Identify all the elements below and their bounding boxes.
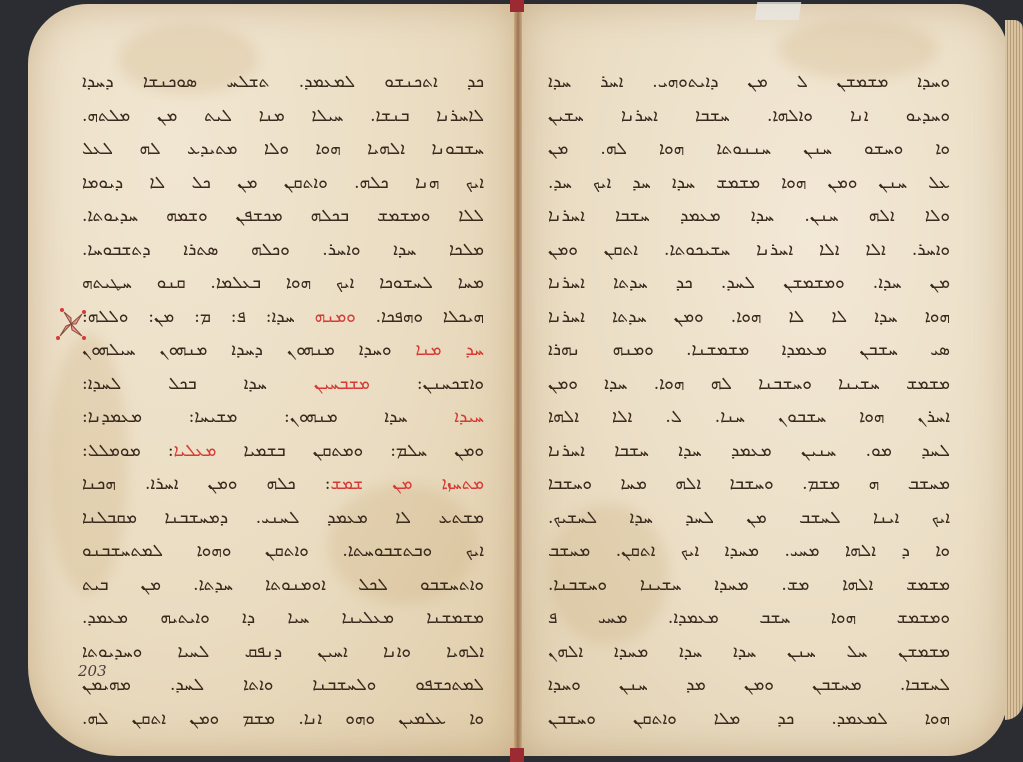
text-line: ܐܚܪܢ ܗܘܐ ܚܫܒܘܢ ܚܢܐ. ܠ. ܐܠܐ ܐܠܗܐ bbox=[548, 401, 950, 435]
text-line: ܠܡܬܟܫܦܘ ܘܠܚܫܒܢܐ ܘܐܬܐ ܠܚܕ. ܡܗܝܡܢ bbox=[82, 669, 484, 703]
text-line: ܘܡܫܡܫ ܗܘܐ ܚܫܒ ܡܥܡܕܐ. ܡܚܝ ܦ bbox=[548, 602, 950, 636]
text-line: ܠܚܫܒܐ. ܡܚܫܒܢ ܘܡܢ ܡܕ ܚܢܢ ܘܚܕܐ bbox=[548, 669, 950, 703]
text-line: ܡܫܡܫ ܐܠܗܐ ܡܫ. ܡܚܕܐ ܚܫܝܢܐ ܘܚܫܒܢܐ. bbox=[548, 569, 950, 603]
text-line: ܐܠܗܝܐ ܘܐܢܐ ܐܚܝܢ ܕܢܦܩ ܠܚܝܐ ܘܚܕܝܘܬܐ bbox=[82, 636, 484, 670]
text-line: ܡܫܬܥ ܠܐ ܡܥܡܕ ܠܚܢܝ. ܕܡܚܫܒܢܐ ܡܩܒܠܢܐ bbox=[82, 502, 484, 536]
text-line: ܚܫܒܘܢܐ ܐܠܗܝܐ ܗܘܐ ܘܠܐ ܡܬܝܕܥ ܠܗ ܠܥܠ bbox=[82, 133, 484, 167]
binding-top bbox=[510, 0, 524, 12]
open-manuscript: ܟܕ ܐܬܟܢܫܘ ܠܡܥܡܕ. ܬܫܠܚ ܣܘܟܢܫܐ ܕܚܕܐܠܐܚܪܢܐ … bbox=[0, 0, 1023, 762]
page-edges bbox=[1005, 20, 1023, 720]
text-line: ܥܠ ܚܢܢ ܘܡܢ ܗܘܐ ܡܫܡܫ ܚܕܐ ܚܕ ܐܝܟ ܚܕ. bbox=[548, 167, 950, 201]
text-line: ܗܘܐ ܚܕܐ ܠܐ ܠܐ ܗܘܐ. ܘܡܢ ܚܕܬܐ ܐܚܪܢܐ bbox=[548, 301, 950, 335]
text-line: ܘܚܕܝܘ ܐܢܐ ܘܐܠܗܐ. ܚܫܒܐ ܐܚܪܢܐ ܚܫܝܢ bbox=[548, 100, 950, 134]
text-line: ܡܫܡܫܢܐ ܡܥܠܝܢܐ ܚܝܐ ܕܐ ܘܐܝܬܝܗ ܡܥܡܕ. bbox=[82, 602, 484, 636]
text-line: ܡܫܡܫܢ ܚܠ ܚܢܢ ܚܕܐ ܚܕܐ ܡܚܕܐ ܐܠܗܢ bbox=[548, 636, 950, 670]
binding-bottom bbox=[510, 748, 524, 762]
text-line: ܘܚܕܐ ܡܫܡܫܢ ܠ ܡܢ ܕܐܝܬܘܗܝ. ܐܚܪ ܚܕܐ bbox=[548, 66, 950, 100]
rubric-text: ܡܬܚܙܐ ܡܢ ܫܡܫ bbox=[331, 474, 484, 494]
text-line: ܡܠܟܐ ܚܕܐ ܘܐܚܪ. ܘܟܠܗ ܣܬܪܐ ܕܬܫܒܘܚܐ. bbox=[82, 234, 484, 268]
rubric-text: ܘܡܢܗ bbox=[315, 307, 356, 327]
text-line: ܘܐܚܪ. ܐܠܐ ܐܠܐ ܐܚܪܢܐ ܚܫܝܟܘܬܐ. ܐܬܩܢ ܘܡܢ bbox=[548, 234, 950, 268]
text-line: ܡܢ ܚܕܐ. ܘܡܫܡܫܢ ܠܚܕ. ܟܕ ܚܕܬܐ ܐܚܪܢܐ bbox=[548, 267, 950, 301]
text-line: ܘܐ ܕ ܐܠܗܐ ܡܚܝ. ܡܚܕܐ ܐܝܟ ܐܬܩܢ. ܡܚܫܒ bbox=[548, 535, 950, 569]
text-line: ܘܐ ܥܠܡܝܢ ܘܗܘ ܐܢܐ. ܡܫܡ ܘܡܢ ܐܬܩܢ ܠܗ. bbox=[82, 703, 484, 737]
folio-number: 203 bbox=[78, 662, 107, 680]
text-line: ܠܚܕ ܡܘ. ܚܢܝܢ ܡܥܡܕ ܚܕܐ ܚܫܒܐ ܐܚܪܢܐ bbox=[548, 435, 950, 469]
text-line: ܘܐܬܚܫܒܘ ܠܟܠ ܐܘܡܢܘܬܐ ܚܕܬܐ. ܡܢ ܒܝܬ bbox=[82, 569, 484, 603]
left-text-column: ܟܕ ܐܬܟܢܫܘ ܠܡܥܡܕ. ܬܫܠܚ ܣܘܟܢܫܐ ܕܚܕܐܠܐܚܪܢܐ … bbox=[82, 66, 484, 736]
text-line: ܡܫܡܫ ܚܫܝܢܐ ܘܚܫܒܢܐ ܠܗ ܗܘܐ. ܚܕܐ ܘܡܢ bbox=[548, 368, 950, 402]
text-line: ܘܡܢ ܚܠܡ: ܘܡܬܩܢ ܒܫܡܝܐ ܡܥܠܝܐ: ܡܘܡܠܠ: bbox=[82, 435, 484, 469]
text-line: ܘܐܫܟܚܢܢ: ܡܫܒܚܝܢ ܚܕܐ ܒܟܠ ܠܚܕܐ: bbox=[82, 368, 484, 402]
text-line: ܠܐܚܪܢܐ ܒܢܫܐ. ܚܝܠܐ ܡܢܐ ܠܝܬ ܡܢ ܡܠܬܗ. bbox=[82, 100, 484, 134]
text-line: ܣܝ ܚܫܒܢ ܡܥܡܕܐ ܡܫܡܫܢܐ. ܘܡܢܗ ܢܗܪܐ bbox=[548, 334, 950, 368]
paper-tab bbox=[755, 2, 802, 20]
text-line: ܗܘܐ ܠܡܥܡܕ. ܟܕ ܡܠܐ ܘܐܬܩܢ ܘܚܫܒܢ bbox=[548, 703, 950, 737]
text-line: ܟܕ ܐܬܟܢܫܘ ܠܡܥܡܕ. ܬܫܠܚ ܣܘܟܢܫܐ ܕܚܕܐ bbox=[82, 66, 484, 100]
right-text-column: ܘܚܕܐ ܡܫܡܫܢ ܠ ܡܢ ܕܐܝܬܘܗܝ. ܐܚܪ ܚܕܐܘܚܕܝܘ ܐܢ… bbox=[548, 66, 950, 736]
text-line: ܐܝܟ ܐܝܢܐ ܠܚܫܒ ܡܢ ܠܚܕ ܚܕܐ ܠܚܫܝܟ. bbox=[548, 502, 950, 536]
text-line: ܚܝܕܐ ܚܕܐ ܡܢܗܘܢ: ܡܫܝܚܐ: ܡܥܡܕܢܐ: bbox=[82, 401, 484, 435]
text-line: ܘܠܐ ܐܠܗ ܚܢܢ. ܚܕܐ ܡܥܡܕ ܚܫܒܐ ܐܚܪܢܐ bbox=[548, 200, 950, 234]
rubric-text: ܚܕ ܡܢܐ bbox=[415, 340, 484, 360]
text-line: ܡܬܚܙܐ ܡܢ ܫܡܫ: ܟܠܗ ܘܡܢ ܐܚܪܐ. ܗܟܢܐ bbox=[82, 468, 484, 502]
rubric-text: ܡܫܒܚܝܢ bbox=[314, 374, 370, 394]
text-line: ܡܚܫܒ ܗ ܡܫܡ. ܘܚܫܒܐ ܐܠܗ ܡܚܐ ܘܚܫܒܐ bbox=[548, 468, 950, 502]
rubric-text: ܚܝܕܐ bbox=[454, 407, 484, 427]
rubric-text: ܡܥܠܝܐ bbox=[174, 441, 217, 461]
text-line: ܠܠܐ ܘܡܫܡܫ ܒܟܠܗ ܡܟܫܦܢ ܘܫܡܗ ܚܕܝܘܬܐ. bbox=[82, 200, 484, 234]
spine-gutter bbox=[514, 0, 522, 762]
text-line: ܚܕ ܡܢܐ ܘܚܕܐ ܡܢܗܘܢ ܕܚܕܐ ܡܢܗܘܢ ܚܝܠܗܘܢ bbox=[82, 334, 484, 368]
text-line: ܘܐ ܘܚܫܘ ܚܢܢ ܚܢܢܘܬܐ ܗܘܐ ܠܗ. ܡܢ bbox=[548, 133, 950, 167]
text-line: ܡܚܐ ܠܚܫܘܟܐ ܐܝܟ ܗܘܐ ܒܥܠܡܐ. ܩܢܘ ܚܛܝܬܗ bbox=[82, 267, 484, 301]
text-line: ܐܝܟ ܘܒܬܫܒܘܚܬܐ. ܘܐܬܩܢ ܘܗܘܐ ܠܡܬܚܫܒܢܘ bbox=[82, 535, 484, 569]
text-line: ܗܝܟܠܐ ܘܗܦܟܐ. ܘܡܢܗ ܚܕܐ: ܦ: ܡ: ܡܢ: ܘܠܠܗ: bbox=[82, 301, 484, 335]
text-line: ܐܝܟ ܗܢܐ ܟܠܗ. ܘܐܬܩܢ ܡܢ ܟܠ ܠܐ ܕܝܘܡܐ bbox=[82, 167, 484, 201]
